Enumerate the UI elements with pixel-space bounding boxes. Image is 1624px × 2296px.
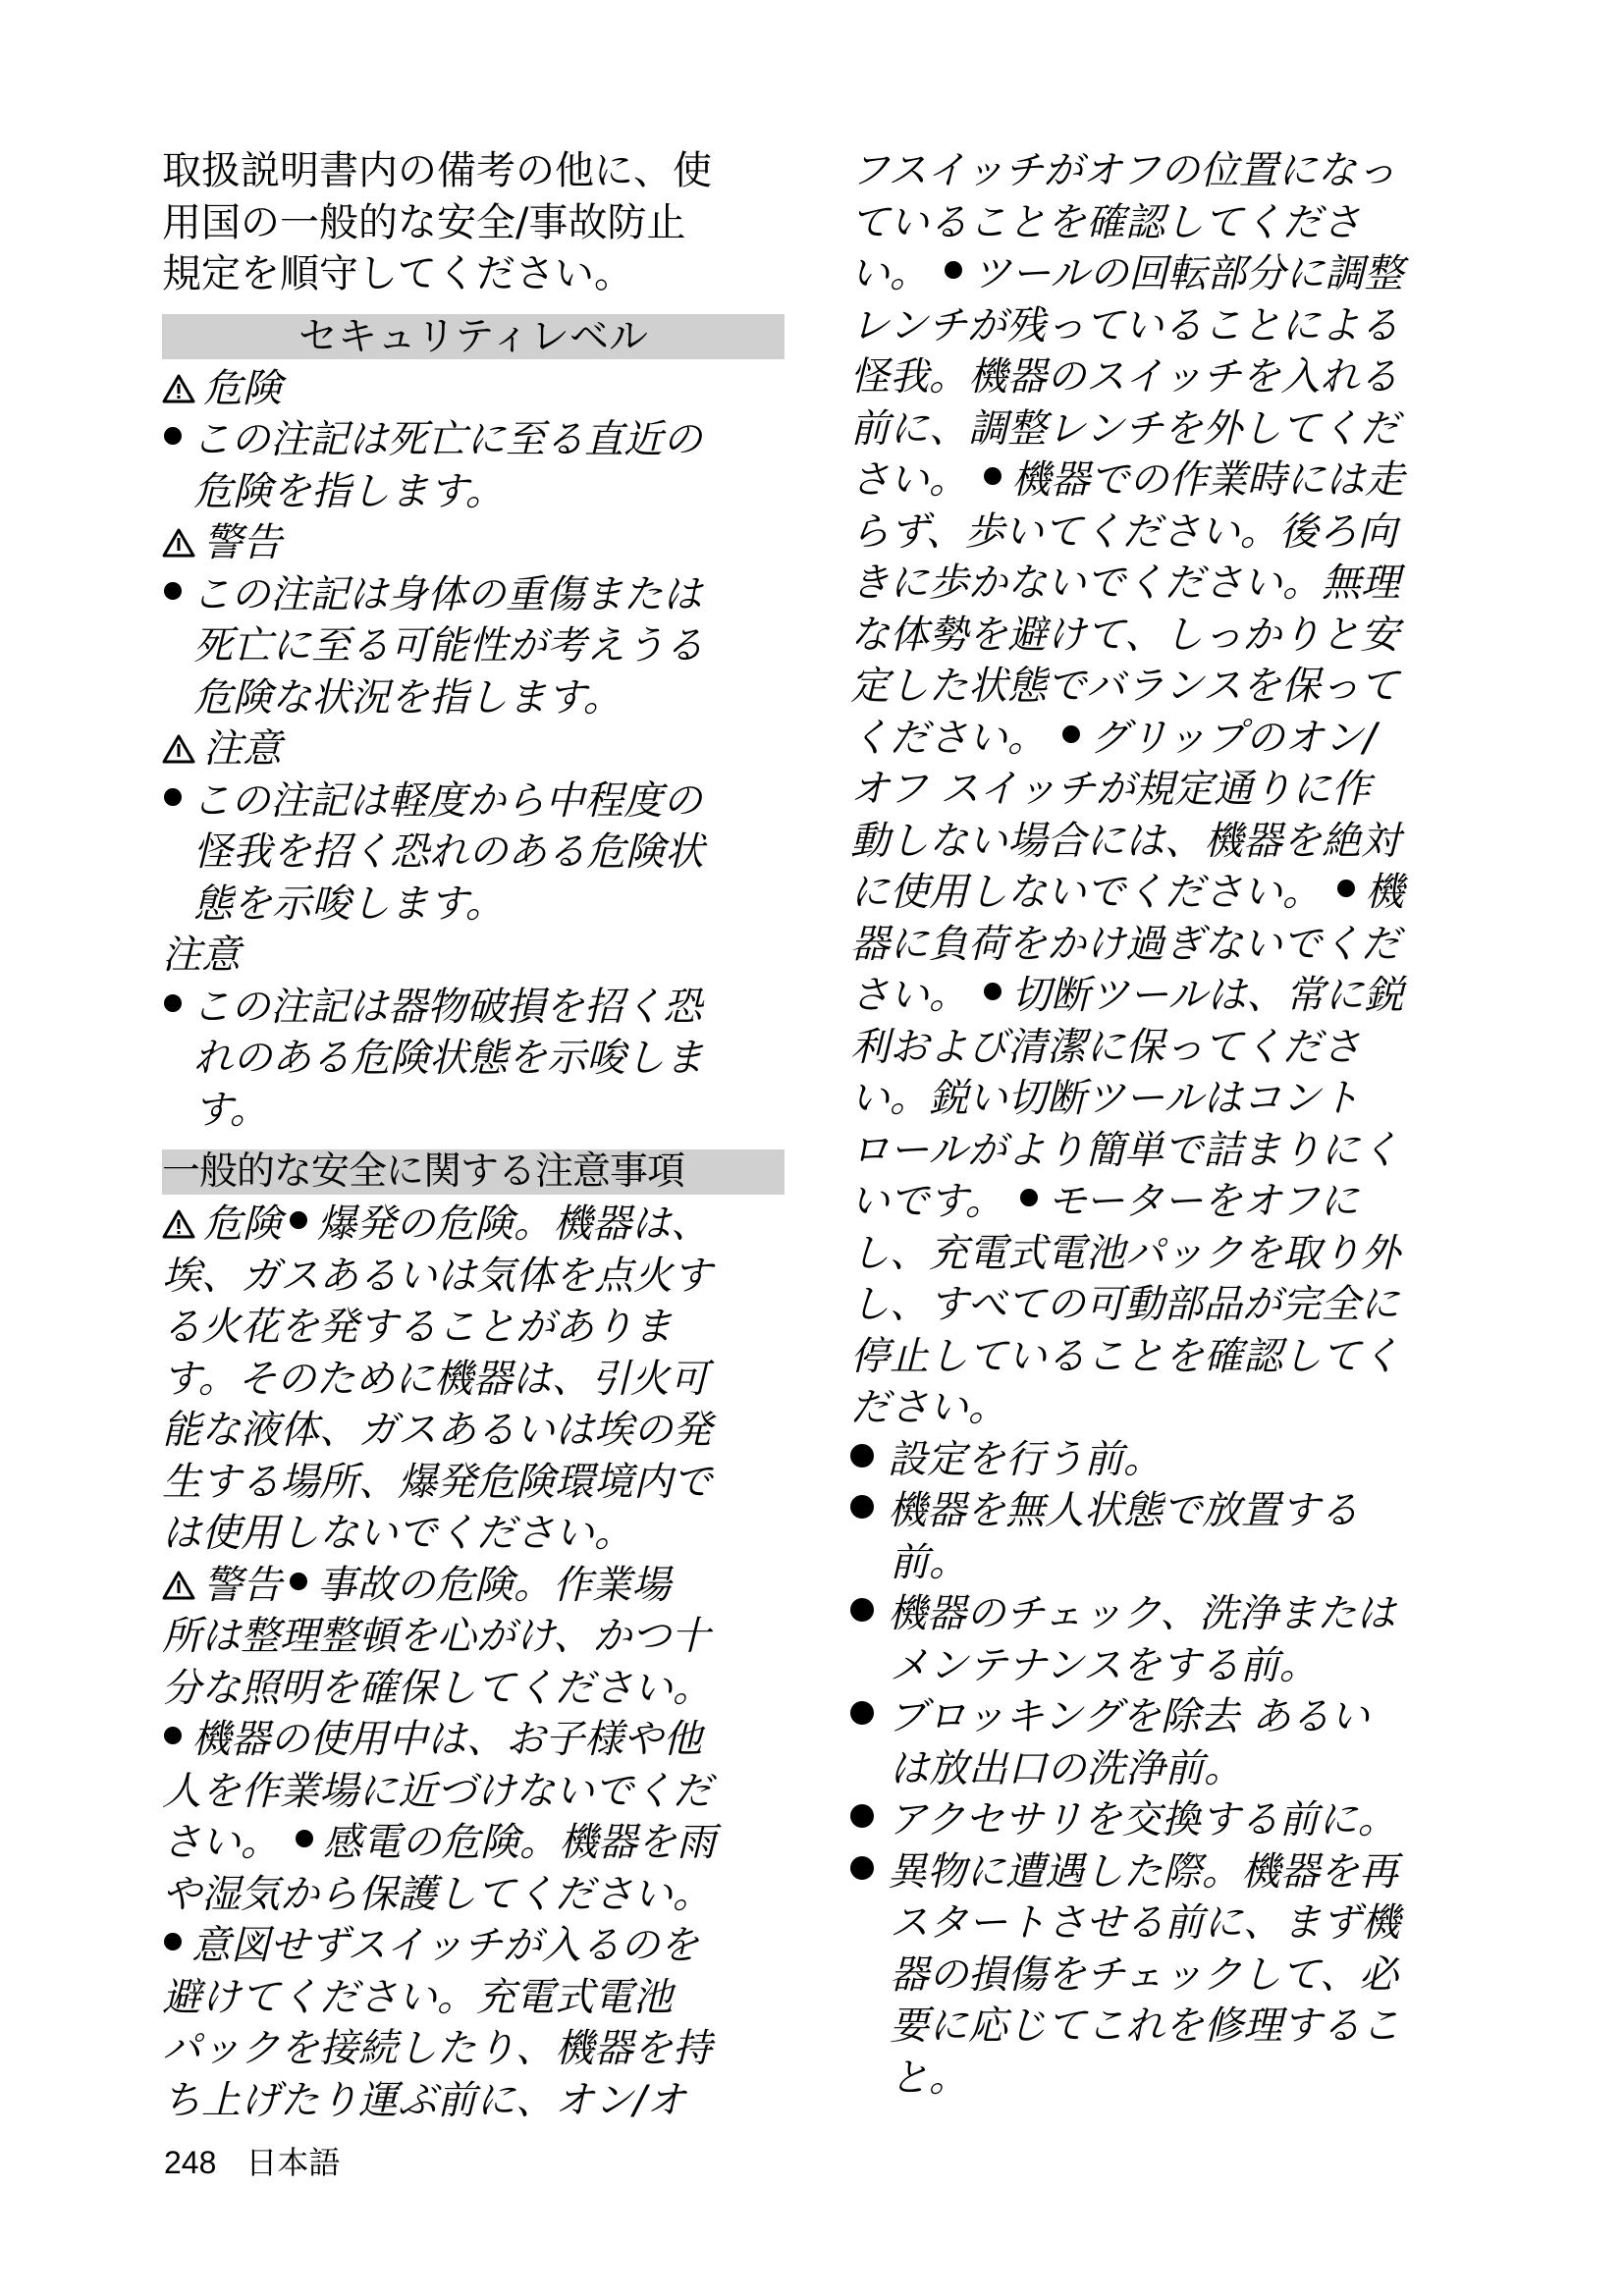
motor-off-warning-line: いです。モーターをオフに	[850, 1176, 1473, 1228]
list-item: アクセサリを交換する前に。	[850, 1794, 1473, 1846]
list-item-continuation: 前。	[850, 1537, 1473, 1589]
children-warning-line: 人を作業場に近づけないでくだ	[162, 1766, 785, 1818]
warning-triangle-icon	[162, 1209, 195, 1239]
bullet-icon	[850, 1856, 874, 1880]
children-warning-line: 機器の使用中は、お子様や他	[162, 1714, 785, 1766]
intro-paragraph: 取扱説明書内の備考の他に、使 用国の一般的な安全/事故防止 規定を順守してくださ…	[162, 145, 785, 300]
danger-label: 危険	[203, 1201, 282, 1247]
intro-line: 用国の一般的な安全/事故防止	[162, 197, 785, 249]
walking-warning-line: らず、歩いてください。後ろ向	[850, 507, 1473, 559]
warning-level-label: 警告	[162, 517, 785, 569]
page-number: 248	[164, 2145, 216, 2180]
walking-warning-line: 定した状態でバランスを保って	[850, 661, 1473, 713]
warning-description-line: 危険な状況を指します。	[162, 672, 785, 724]
list-item-continuation: 器の損傷をチェックして、必	[850, 1949, 1473, 2002]
accident-warning-line: 分な照明を確保してください。	[162, 1663, 785, 1715]
explosion-danger-line: 生する場所、爆発危険環境内で	[162, 1457, 785, 1509]
list-item-continuation: と。	[850, 2053, 1473, 2105]
list-item: 異物に遭遇した際。機器を再	[850, 1846, 1473, 1898]
language-label: 日本語	[245, 2145, 340, 2180]
list-item-continuation: 要に応じてこれを修理するこ	[850, 2001, 1473, 2053]
list-item: 設定を行う前。	[850, 1434, 1473, 1486]
page-footer: 248日本語	[164, 2143, 340, 2182]
list-item-continuation: メンテナンスをする前。	[850, 1640, 1473, 1692]
bullet-icon	[164, 582, 182, 600]
list-item: 機器を無人状態で放置する	[850, 1485, 1473, 1537]
bullet-icon	[1062, 725, 1080, 743]
caution-description-line: 態を示唆します。	[162, 879, 785, 931]
warning-triangle-icon	[162, 528, 195, 558]
right-column: フスイッチがオフの位置になっ ていることを確認してくださ い。ツールの回転部分に…	[850, 145, 1473, 2104]
list-item: ブロッキングを除去 あるい	[850, 1691, 1473, 1743]
bullet-icon	[164, 1933, 182, 1950]
general-safety-heading: 一般的な安全に関する注意事項	[162, 1149, 785, 1195]
caution-description-line: 怪我を招く恐れのある危険状	[162, 827, 785, 879]
grip-switch-warning-line: 動しない場合には、機器を絶対	[850, 816, 1473, 868]
explosion-danger-line: 危険爆発の危険。機器は、	[162, 1199, 785, 1251]
notice-level-label: 注意	[162, 930, 785, 982]
bullet-icon	[984, 467, 1001, 485]
conditions-list: 設定を行う前。 機器を無人状態で放置する 前。 機器のチェック、洗浄または メン…	[850, 1434, 1473, 2105]
switch-warning-line: 意図せずスイッチが入るのを	[162, 1920, 785, 1972]
notice-description-line: れのある危険状態を示唆しま	[162, 1033, 785, 1085]
danger-description-line: この注記は死亡に至る直近の	[162, 414, 785, 466]
warning-label: 警告	[203, 520, 282, 565]
notice-description-line: この注記は器物破損を招く恐	[162, 982, 785, 1034]
list-item-continuation: スタートさせる前に、まず機	[850, 1897, 1473, 1949]
walking-warning-line: さい。機器での作業時には走	[850, 454, 1473, 507]
walking-warning-line: きに歩かないでください。無理	[850, 558, 1473, 610]
caution-level-label: 注意	[162, 723, 785, 775]
bullet-icon	[945, 261, 962, 279]
explosion-danger-line: 能な液体、ガスあるいは埃の発	[162, 1405, 785, 1457]
bullet-icon	[850, 1444, 874, 1468]
shock-warning-line: や湿気から保護してください。	[162, 1869, 785, 1921]
switch-warning-line: パックを接続したり、機器を持	[162, 2023, 785, 2075]
grip-switch-warning-line: ください。グリップのオン/	[850, 713, 1473, 765]
list-item-continuation: は放出口の洗浄前。	[850, 1743, 1473, 1795]
shock-warning-line: さい。感電の危険。機器を雨	[162, 1817, 785, 1869]
explosion-danger-line: る火花を発することがありま	[162, 1302, 785, 1354]
bullet-icon	[1337, 880, 1355, 897]
bullet-icon	[984, 983, 1001, 1000]
bullet-icon	[1020, 1189, 1038, 1206]
motor-off-warning-line: 停止していることを確認してく	[850, 1331, 1473, 1383]
overload-warning-line: 器に負荷をかけ過ぎないでくだ	[850, 919, 1473, 971]
warning-triangle-icon	[162, 1571, 195, 1600]
wrench-warning-line: レンチが残っていることによる	[850, 300, 1473, 352]
notice-description-line: す。	[162, 1085, 785, 1137]
bullet-icon	[296, 1830, 313, 1847]
list-item: 機器のチェック、洗浄または	[850, 1588, 1473, 1640]
explosion-danger-line: す。そのために機器は、引火可	[162, 1354, 785, 1406]
explosion-danger-line: 埃、ガスあるいは気体を点火す	[162, 1251, 785, 1303]
cutting-tool-warning-line: ロールがより簡単で詰まりにく	[850, 1125, 1473, 1177]
cutting-tool-warning-line: さい。切断ツールは、常に鋭	[850, 970, 1473, 1022]
continued-line: フスイッチがオフの位置になっ	[850, 145, 1473, 197]
bullet-icon	[850, 1598, 874, 1622]
intro-line: 取扱説明書内の備考の他に、使	[162, 145, 785, 197]
bullet-icon	[164, 1727, 182, 1744]
wrench-warning-line: 前に、調整レンチを外してくだ	[850, 403, 1473, 455]
switch-warning-line: ち上げたり運ぶ前に、オン/オ	[162, 2075, 785, 2127]
bullet-icon	[290, 1573, 307, 1590]
cutting-tool-warning-line: 利および清潔に保ってくださ	[850, 1022, 1473, 1074]
security-levels-heading: セキュリティレベル	[162, 314, 785, 359]
explosion-danger-line: は使用しないでください。	[162, 1508, 785, 1560]
warning-description-line: 死亡に至る可能性が考えうる	[162, 620, 785, 672]
danger-level-label: 危険	[162, 363, 785, 415]
danger-description-line: 危険を指します。	[162, 466, 785, 518]
motor-off-warning-line: し、充電式電池パックを取り外	[850, 1228, 1473, 1280]
bullet-icon	[164, 788, 182, 806]
wrench-warning-line: 怪我。機器のスイッチを入れる	[850, 351, 1473, 403]
danger-label: 危険	[203, 366, 282, 411]
cutting-tool-warning-line: い。鋭い切断ツールはコント	[850, 1073, 1473, 1125]
walking-warning-line: な体勢を避けて、しっかりと安	[850, 610, 1473, 662]
motor-off-warning-line: し、すべての可動部品が完全に	[850, 1279, 1473, 1331]
bullet-icon	[164, 994, 182, 1012]
warning-triangle-icon	[162, 734, 195, 764]
wrench-warning-line: い。ツールの回転部分に調整	[850, 248, 1473, 300]
bullet-icon	[290, 1211, 307, 1229]
caution-description-line: この注記は軽度から中程度の	[162, 775, 785, 828]
warning-description-line: この注記は身体の重傷または	[162, 569, 785, 621]
grip-switch-warning-line: オフ スイッチが規定通りに作	[850, 764, 1473, 816]
accident-warning-line: 警告事故の危険。作業場	[162, 1560, 785, 1612]
caution-label: 注意	[203, 726, 282, 772]
bullet-icon	[850, 1495, 874, 1519]
bullet-icon	[164, 427, 182, 445]
switch-warning-line: 避けてください。充電式電池	[162, 1972, 785, 2024]
continued-line: ていることを確認してくださ	[850, 197, 1473, 249]
bullet-icon	[850, 1804, 874, 1828]
accident-warning-line: 所は整理整頓を心がけ、かつ十	[162, 1611, 785, 1663]
warning-triangle-icon	[162, 374, 195, 403]
left-column: 取扱説明書内の備考の他に、使 用国の一般的な安全/事故防止 規定を順守してくださ…	[162, 145, 785, 2126]
motor-off-warning-line: ださい。	[850, 1382, 1473, 1434]
bullet-icon	[850, 1701, 874, 1725]
warning-label: 警告	[203, 1563, 282, 1608]
intro-line: 規定を順守してください。	[162, 248, 785, 300]
overload-warning-line: に使用しないでください。機	[850, 867, 1473, 919]
